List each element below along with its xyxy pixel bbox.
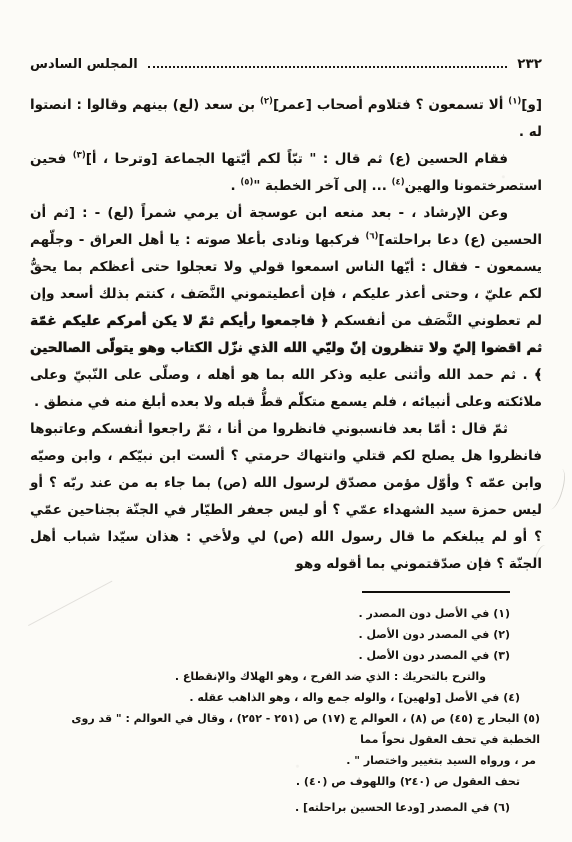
page-number: ٢٣٢ [517, 56, 542, 72]
paragraph-text: . ثم حمد الله وأثنى عليه وذكر الله بما ه… [30, 367, 542, 410]
footnote-separator [362, 591, 510, 593]
running-header: ٢٣٢ المجلس السادس [30, 0, 542, 72]
paragraph-3: وعن الإرشاد ، - بعد منعه ابن عوسجة أن ير… [30, 200, 542, 416]
body-text: [و](١) ألا تسمعون ؟ فتلاوم أصحاب [عمر](٢… [30, 92, 542, 578]
footnote-line-8: تحف العقول ص (٢٤٠) واللهوف ص (٤٠) . [30, 771, 542, 792]
footnote-ref-1: (١) [508, 97, 521, 107]
footnote-ref-5: (٥) [240, 178, 253, 188]
paragraph-text: ... إلى آخر الخطبة " [253, 178, 391, 194]
footnote-ref-2: (٢) [260, 97, 273, 107]
paragraph-text: [و] [521, 97, 542, 113]
footnote-line-5: (٤) في الأصل [ولهين] ، والوله جمع واله ،… [30, 687, 542, 708]
paragraph-text: فقام الحسين (ع) ثم قال : " تبّاً لكم أيّ… [86, 151, 508, 167]
paragraph-text: . [231, 178, 241, 194]
paragraph-1: [و](١) ألا تسمعون ؟ فتلاوم أصحاب [عمر](٢… [30, 92, 542, 146]
footnote-line-4: والترح بالتحريك : الذي ضد الفرح ، وهو ال… [30, 666, 542, 687]
footnote-line-7: مر ، ورواه السيد بتغيير واختصار " . [30, 750, 542, 771]
footnote-ref-3: (٣) [73, 151, 86, 161]
paragraph-2: فقام الحسين (ع) ثم قال : " تبّاً لكم أيّ… [30, 146, 542, 200]
paragraph-text: ألا تسمعون ؟ فتلاوم أصحاب [عمر] [273, 97, 508, 113]
footnote-ref-6: (٦) [365, 232, 378, 242]
paragraph-text: ثمّ قال : أمّا بعد فانسبوني فانظروا من أ… [30, 421, 542, 572]
section-title: المجلس السادس [30, 57, 138, 72]
footnote-line-9: (٦) في المصدر [ودعا الحسين براحلته] . [30, 797, 542, 818]
paragraph-4: ثمّ قال : أمّا بعد فانسبوني فانظروا من أ… [30, 416, 542, 578]
footnote-line-3: (٣) في المصدر دون الأصل . [30, 645, 542, 666]
footnote-ref-4: (٤) [392, 178, 405, 188]
dotted-leader [148, 65, 508, 68]
page-content: ٢٣٢ المجلس السادس [و](١) ألا تسمعون ؟ فت… [0, 0, 572, 818]
book-page-scan: ٢٣٢ المجلس السادس [و](١) ألا تسمعون ؟ فت… [0, 0, 572, 842]
footnote-line-6: (٥) البحار ج (٤٥) ص (٨) ، العوالم ج (١٧)… [30, 708, 542, 750]
